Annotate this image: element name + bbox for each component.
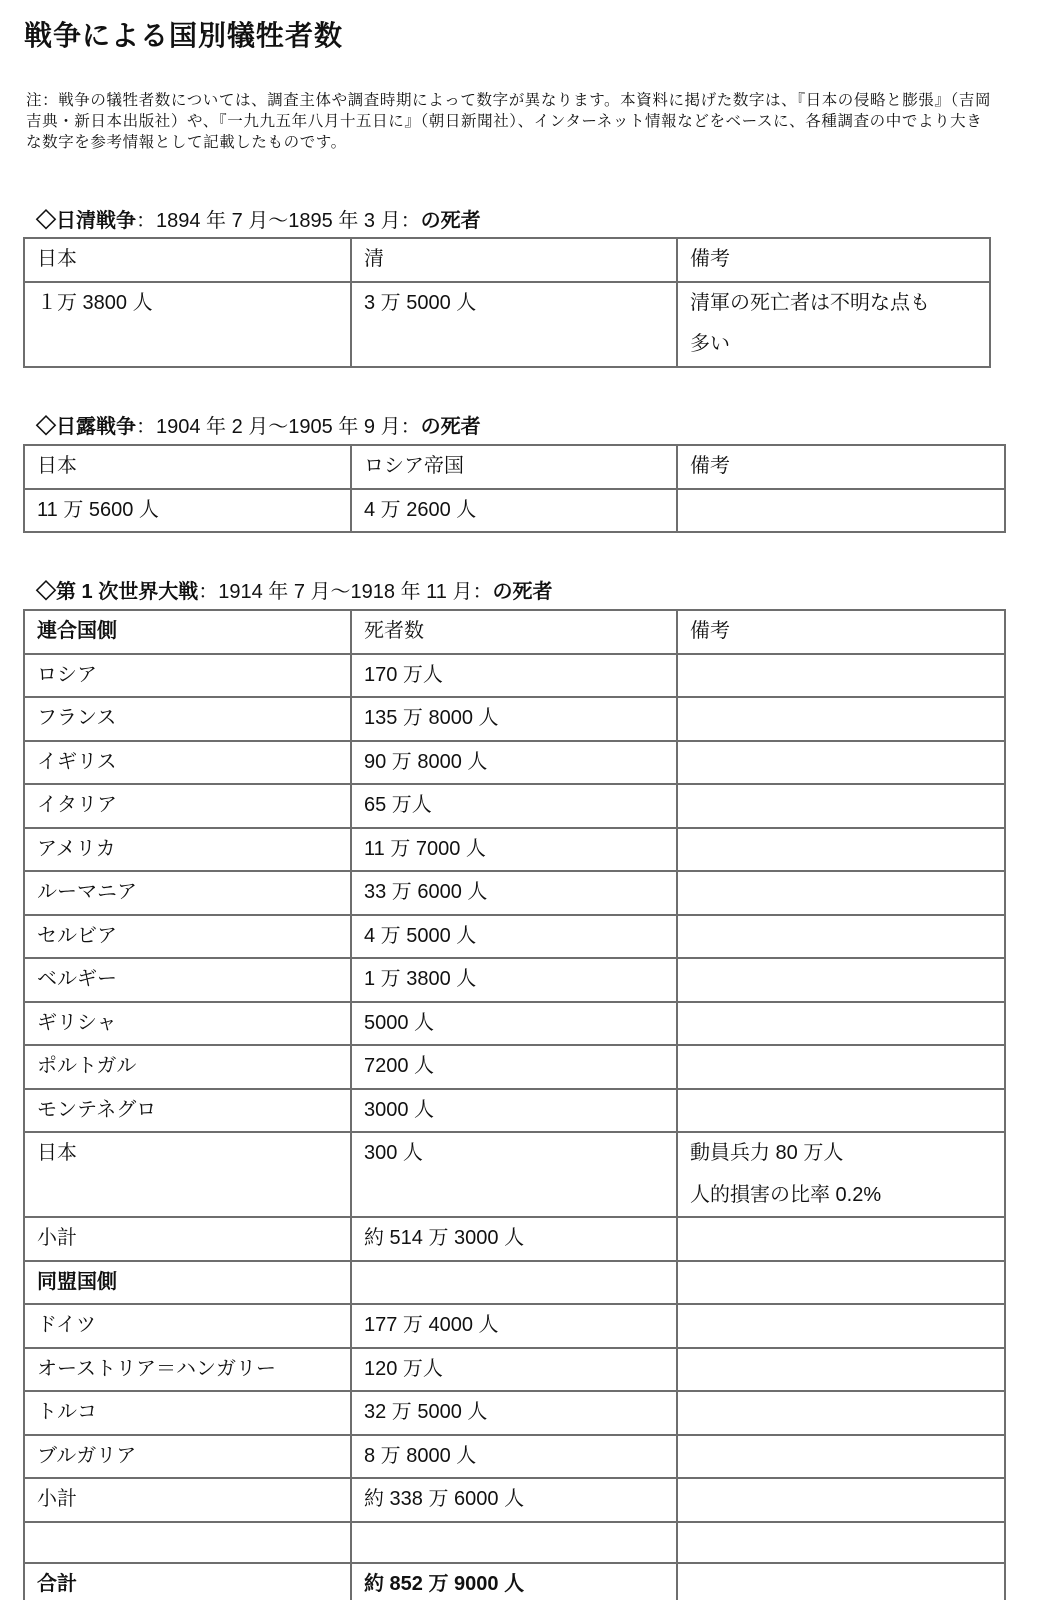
remarks-cell [677,784,1005,828]
heading-period: ：1894 年 7 月～1895 年 3 月： [136,210,421,232]
table-row: １万 3800 人 3 万 5000 人 清軍の死亡者は不明な点も 多い [24,282,990,367]
deaths-cell: 120 万人 [351,1348,677,1392]
country-cell: ベルギー [24,958,351,1002]
remarks-cell [677,1391,1005,1435]
remarks-cell [677,1261,1005,1305]
table-sino-japanese-war: 日本 清 備考 １万 3800 人 3 万 5000 人 清軍の死亡者は不明な点… [23,237,991,368]
table-row: ロシア170 万人 [24,654,1005,698]
deaths-cell: 32 万 5000 人 [351,1391,677,1435]
empty-cell [677,1522,1005,1564]
country-cell: イタリア [24,784,351,828]
total-row: 合計約 852 万 9000 人 [24,1563,1005,1600]
remarks-cell [677,828,1005,872]
heading-war-name: ◇第 1 次世界大戦 [36,581,198,603]
remarks-line: 人的損害の比率 0.2% [690,1175,1004,1217]
remarks-cell [677,489,1005,533]
table-row: ブルガリア8 万 8000 人 [24,1435,1005,1479]
table-row: オーストリア＝ハンガリー120 万人 [24,1348,1005,1392]
table-row: アメリカ11 万 7000 人 [24,828,1005,872]
subtotal-row-allies: 小計約 514 万 3000 人 [24,1217,1005,1261]
header-cell-allies: 連合国側 [24,610,351,654]
remarks-cell [677,1217,1005,1261]
heading-period: ：1904 年 2 月～1905 年 9 月： [136,416,421,438]
remarks-cell [677,741,1005,785]
group-label: 同盟国側 [24,1261,351,1305]
subtotal-row-central: 小計約 338 万 6000 人 [24,1478,1005,1522]
country-cell: フランス [24,697,351,741]
deaths-cell: 11 万 7000 人 [351,828,677,872]
table-row: 日本 300 人 動員兵力 80 万人 人的損害の比率 0.2% [24,1132,1005,1217]
heading-war-name: ◇日清戦争 [36,210,136,232]
table-row: イギリス90 万 8000 人 [24,741,1005,785]
country-cell: イギリス [24,741,351,785]
header-cell: 死者数 [351,610,677,654]
total-label: 合計 [24,1563,351,1600]
deaths-cell [351,1261,677,1305]
remarks-cell: 動員兵力 80 万人 人的損害の比率 0.2% [677,1132,1005,1217]
header-cell: 清 [351,238,677,282]
remarks-cell [677,654,1005,698]
table-row: フランス135 万 8000 人 [24,697,1005,741]
country-cell: モンテネグロ [24,1089,351,1133]
deaths-cell: 7200 人 [351,1045,677,1089]
header-cell: 日本 [24,238,351,282]
table-row: ルーマニア33 万 6000 人 [24,871,1005,915]
deaths-cell: 135 万 8000 人 [351,697,677,741]
subtotal-value: 約 514 万 3000 人 [351,1217,677,1261]
table-header-row: 日本 ロシア帝国 備考 [24,445,1005,489]
remarks-line: 清軍の死亡者は不明な点も [690,283,989,325]
remarks-cell [677,1045,1005,1089]
empty-cell [24,1522,351,1564]
country-cell: トルコ [24,1391,351,1435]
remarks-cell [677,1478,1005,1522]
subtotal-label: 小計 [24,1478,351,1522]
remarks-cell [677,1002,1005,1046]
group-header-central-powers: 同盟国側 [24,1261,1005,1305]
empty-row [24,1522,1005,1564]
country-cell: ロシア [24,654,351,698]
header-cell: 備考 [677,445,1005,489]
table-world-war-1: 連合国側 死者数 備考 ロシア170 万人 フランス135 万 8000 人 イ… [23,609,1006,1600]
deaths-cell: 177 万 4000 人 [351,1304,677,1348]
table-header-row: 連合国側 死者数 備考 [24,610,1005,654]
deaths-cell: 4 万 5000 人 [351,915,677,959]
table-row: ドイツ177 万 4000 人 [24,1304,1005,1348]
subtotal-value: 約 338 万 6000 人 [351,1478,677,1522]
table-header-row: 日本 清 備考 [24,238,990,282]
deaths-cell: 8 万 8000 人 [351,1435,677,1479]
remarks-cell [677,1304,1005,1348]
deaths-cell: 3000 人 [351,1089,677,1133]
section-heading-sino-japanese-war: ◇日清戦争：1894 年 7 月～1895 年 3 月：の死者 [36,204,481,233]
qing-deaths-cell: 3 万 5000 人 [351,282,677,367]
table-row: イタリア65 万人 [24,784,1005,828]
remarks-cell [677,1435,1005,1479]
remarks-cell [677,697,1005,741]
heading-suffix: の死者 [492,581,552,603]
document-title: 戦争による国別犠牲者数 [24,14,343,54]
table-russo-japanese-war: 日本 ロシア帝国 備考 11 万 5600 人 4 万 2600 人 [23,444,1006,533]
country-cell: ポルトガル [24,1045,351,1089]
deaths-cell: 300 人 [351,1132,677,1217]
remarks-cell: 清軍の死亡者は不明な点も 多い [677,282,990,367]
total-value: 約 852 万 9000 人 [351,1563,677,1600]
header-cell: 備考 [677,610,1005,654]
source-note: 注：戦争の犠牲者数については、調査主体や調査時期によって数字が異なります。本資料… [26,90,996,153]
heading-suffix: の死者 [421,416,481,438]
country-cell: 日本 [24,1132,351,1217]
country-cell: ドイツ [24,1304,351,1348]
remarks-line: 多い [690,324,989,366]
remarks-line: 動員兵力 80 万人 [690,1133,1004,1175]
remarks-cell [677,1563,1005,1600]
country-cell: ルーマニア [24,871,351,915]
deaths-cell: 33 万 6000 人 [351,871,677,915]
header-cell: 日本 [24,445,351,489]
table-row: セルビア4 万 5000 人 [24,915,1005,959]
japan-deaths-cell: １万 3800 人 [24,282,351,367]
deaths-cell: 5000 人 [351,1002,677,1046]
section-heading-world-war-1: ◇第 1 次世界大戦：1914 年 7 月～1918 年 11 月：の死者 [36,575,552,604]
deaths-cell: 1 万 3800 人 [351,958,677,1002]
table-row: トルコ32 万 5000 人 [24,1391,1005,1435]
remarks-cell [677,958,1005,1002]
table-row: 11 万 5600 人 4 万 2600 人 [24,489,1005,533]
heading-period: ：1914 年 7 月～1918 年 11 月： [198,581,492,603]
heading-war-name: ◇日露戦争 [36,416,136,438]
country-cell: ブルガリア [24,1435,351,1479]
deaths-cell: 65 万人 [351,784,677,828]
empty-cell [351,1522,677,1564]
remarks-cell [677,1348,1005,1392]
country-cell: セルビア [24,915,351,959]
country-cell: ギリシャ [24,1002,351,1046]
remarks-cell [677,915,1005,959]
deaths-cell: 90 万 8000 人 [351,741,677,785]
subtotal-label: 小計 [24,1217,351,1261]
table-row: モンテネグロ3000 人 [24,1089,1005,1133]
remarks-cell [677,1089,1005,1133]
remarks-cell [677,871,1005,915]
table-row: ベルギー1 万 3800 人 [24,958,1005,1002]
country-cell: アメリカ [24,828,351,872]
table-row: ポルトガル7200 人 [24,1045,1005,1089]
header-cell: ロシア帝国 [351,445,677,489]
heading-suffix: の死者 [421,210,481,232]
country-cell: オーストリア＝ハンガリー [24,1348,351,1392]
header-cell: 備考 [677,238,990,282]
table-row: ギリシャ5000 人 [24,1002,1005,1046]
deaths-cell: 170 万人 [351,654,677,698]
japan-deaths-cell: 11 万 5600 人 [24,489,351,533]
section-heading-russo-japanese-war: ◇日露戦争：1904 年 2 月～1905 年 9 月：の死者 [36,410,481,439]
russia-deaths-cell: 4 万 2600 人 [351,489,677,533]
